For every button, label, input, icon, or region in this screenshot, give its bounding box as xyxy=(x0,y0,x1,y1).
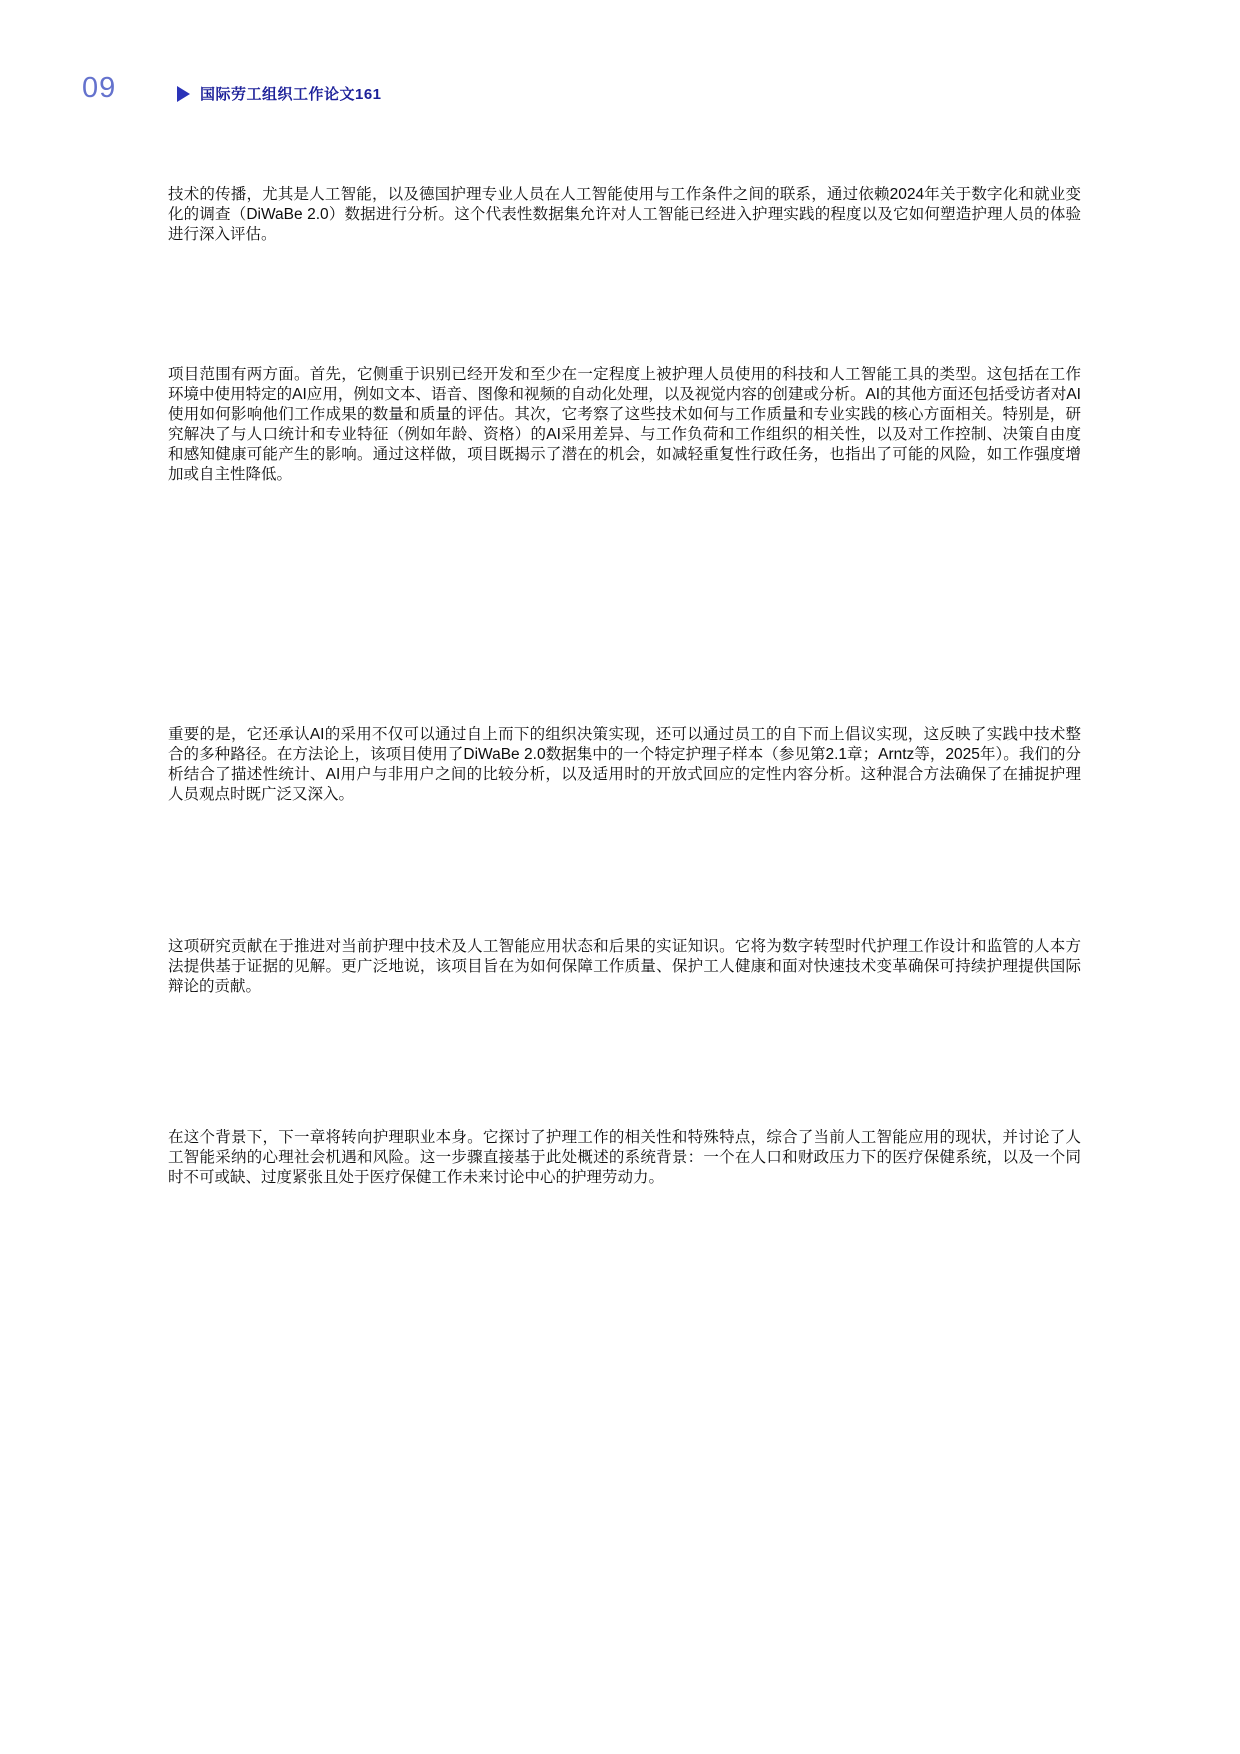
page-header: 09 国际劳工组织工作论文161 xyxy=(0,0,1240,130)
header-title: 国际劳工组织工作论文161 xyxy=(200,87,382,102)
paragraph-technology-diffusion: 技术的传播，尤其是人工智能，以及德国护理专业人员在人工智能使用与工作条件之间的联… xyxy=(168,185,1081,245)
triangle-right-icon xyxy=(177,86,190,102)
paragraph-next-chapter: 在这个背景下，下一章将转向护理职业本身。它探讨了护理工作的相关性和特殊特点，综合… xyxy=(168,1128,1081,1188)
paragraph-research-contribution: 这项研究贡献在于推进对当前护理中技术及人工智能应用状态和后果的实证知识。它将为数… xyxy=(168,937,1081,997)
document-page: 09 国际劳工组织工作论文161 技术的传播，尤其是人工智能，以及德国护理专业人… xyxy=(0,0,1240,1754)
header-title-group: 国际劳工组织工作论文161 xyxy=(177,86,382,102)
paragraph-project-scope: 项目范围有两方面。首先，它侧重于识别已经开发和至少在一定程度上被护理人员使用的科… xyxy=(168,365,1081,485)
paragraph-methodology: 重要的是，它还承认AI的采用不仅可以通过自上而下的组织决策实现，还可以通过员工的… xyxy=(168,725,1081,805)
page-number: 09 xyxy=(82,74,116,103)
